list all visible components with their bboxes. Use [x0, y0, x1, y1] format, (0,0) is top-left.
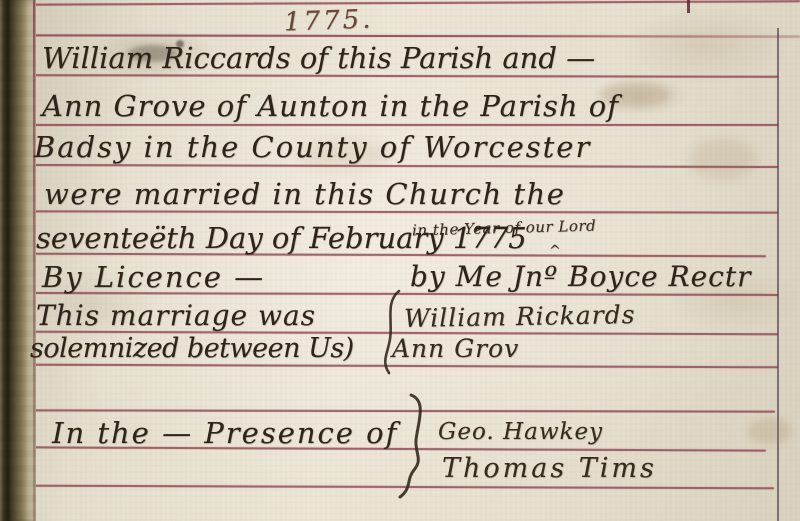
presence-label: In the — Presence of: [52, 416, 398, 450]
attestation-brace: [378, 289, 408, 375]
witness-signature-2: Thomas Tims: [442, 453, 657, 484]
ruled-line: [20, 0, 800, 5]
book-binding-edge: [0, 0, 36, 521]
bride-signature: Ann Grov: [392, 334, 519, 363]
ruled-line: [18, 34, 800, 37]
insertion-caret-mark: ^: [549, 243, 561, 259]
age-stain: [748, 418, 792, 444]
ruled-line: [28, 164, 778, 168]
attestation-line-2: solemnized between Us): [30, 333, 354, 364]
attestation-line-1: This marriage was: [36, 299, 316, 332]
right-margin-rule: [777, 28, 779, 521]
entry-line-married: were married in this Church the: [44, 177, 565, 211]
register-page-photo: 1775. William Riccards of this Parish an…: [0, 0, 800, 521]
witness-brace: [396, 392, 432, 500]
officiant-signature: by Me Jnº Boyce Rectr: [410, 260, 751, 293]
age-stain: [690, 138, 756, 180]
groom-signature: William Rickards: [404, 300, 636, 333]
ruled-line: [34, 124, 778, 126]
witness-signature-1: Geo. Hawkey: [438, 419, 603, 445]
entry-line-date: seventeëth Day of February 1775: [36, 221, 527, 255]
left-margin-rule: [33, 0, 35, 521]
entry-line-county: Badsy in the County of Worcester: [34, 130, 591, 164]
year-heading: 1775.: [284, 4, 374, 37]
licence-note: By Licence —: [42, 260, 265, 294]
entry-line-groom: William Riccards of this Parish and —: [42, 41, 595, 75]
entry-line-bride: Ann Grove of Aunton in the Parish of: [42, 89, 619, 123]
ruled-line-pen-hook: [687, 0, 690, 13]
